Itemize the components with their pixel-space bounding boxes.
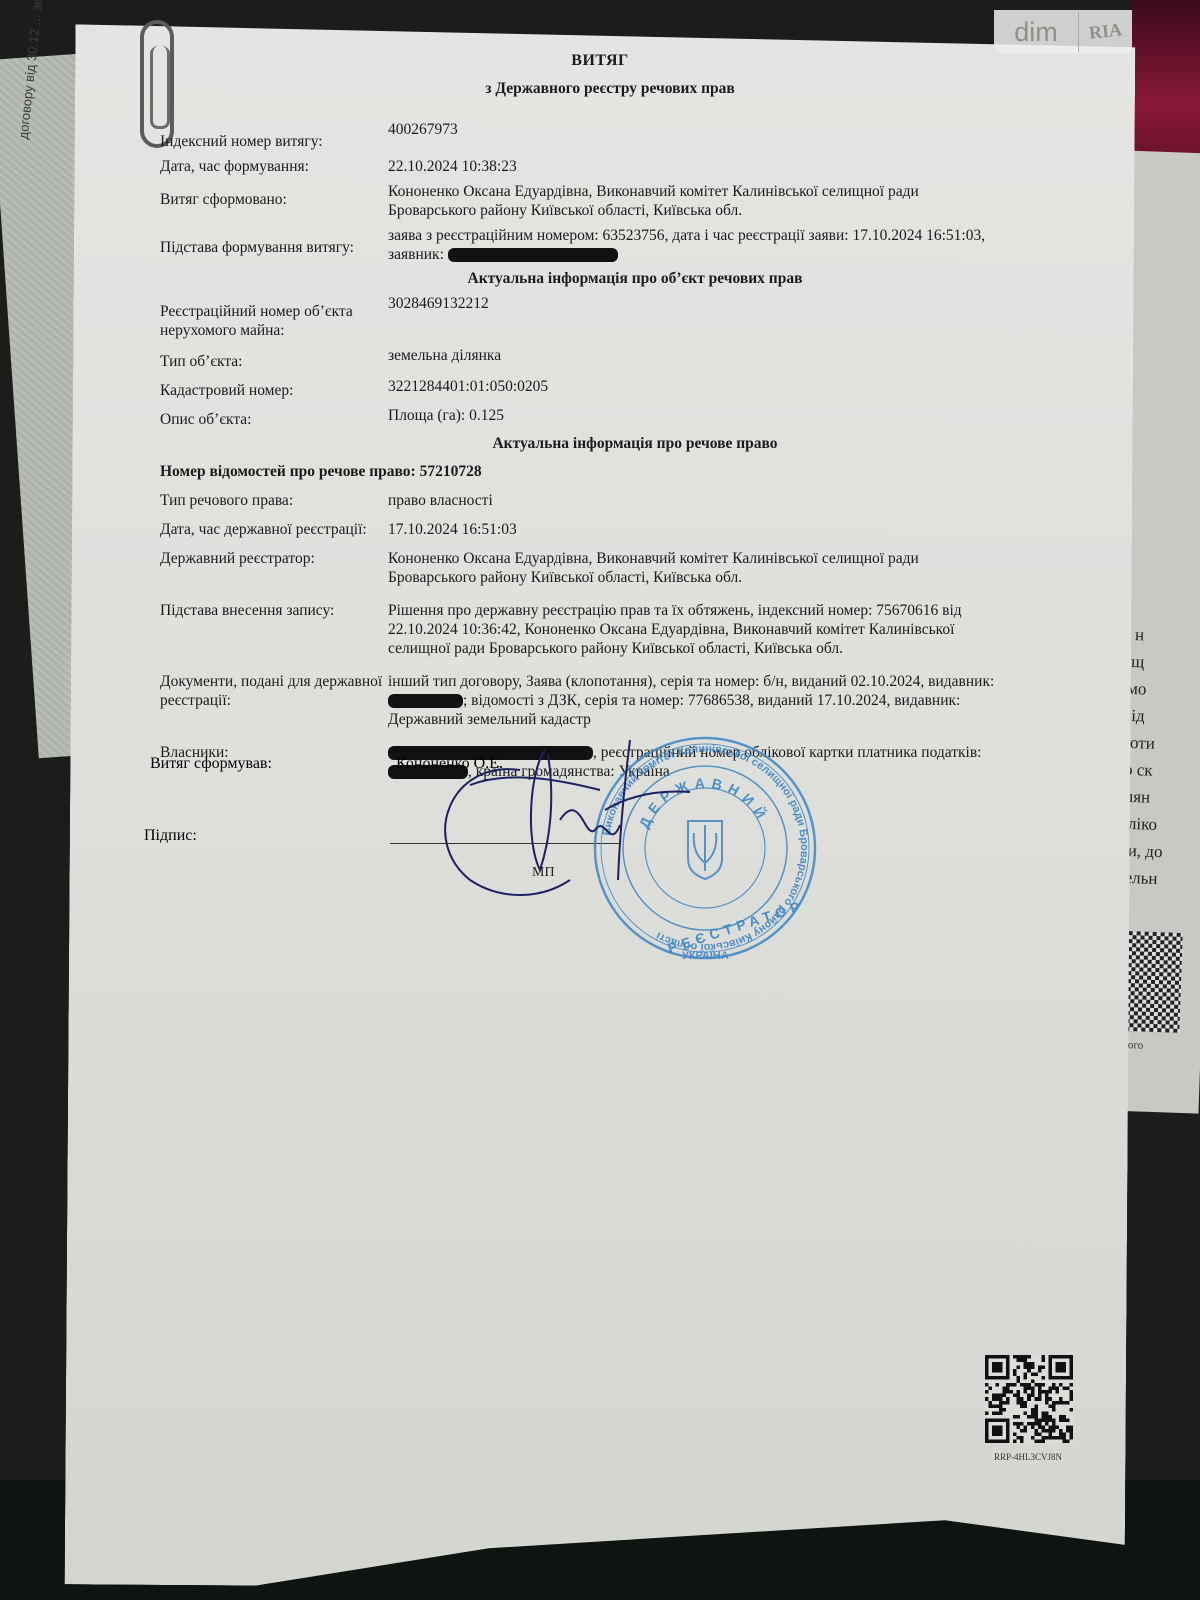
field-row: Реєстраційний номер об’єкта нерухомого м… [160,294,1000,340]
object-fields: Реєстраційний номер об’єкта нерухомого м… [160,294,1000,429]
field-value: 22.10.2024 10:38:23 [388,157,1000,176]
right-sheet-text-line: моти [1119,729,1200,759]
redacted-applicant [448,248,618,262]
header-fields: Індексний номер витягу: 400267973 Дата, … [160,120,1000,264]
right-sheet-text-line: щ [1131,648,1200,678]
documents-text-part2: ; відомості з ДЗК, серія та номер: 77686… [388,692,960,728]
watermark-dim: dim [994,12,1079,52]
field-row: Тип речового права: право власності [160,491,1000,510]
field-label: Тип речового права: [160,491,388,510]
right-sheet-text-line: від [1123,702,1200,732]
record-number-value: 57210728 [420,463,482,480]
record-number-label: Номер відомостей про речове право: [160,463,416,480]
field-label: Реєстраційний номер об’єкта нерухомого м… [160,294,388,340]
field-value: Рішення про державну реєстрацію прав та … [388,601,1000,658]
field-value: Кононенко Оксана Едуардівна, Виконавчий … [388,549,1000,587]
qr-code [985,1355,1073,1443]
field-value: право власності [388,491,1000,510]
signature-block: Витяг сформував: Кононенко О.Е. Підпис: … [160,755,860,955]
document-subtitle: з Державного реєстру речових прав [220,80,1000,98]
right-sheet-text-line: н [1135,621,1200,651]
right-section-heading: Актуальна інформація про речове право [270,435,1000,453]
field-label: Підстава внесення запису: [160,601,388,658]
field-label: Дата, час формування: [160,157,388,176]
field-row: Дата, час формування: 22.10.2024 10:38:2… [160,157,1000,176]
field-row: Підстава внесення запису: Рішення про де… [160,601,1000,658]
document-title: ВИТЯГ [200,52,1000,70]
field-label: Кадастровий номер: [160,377,388,400]
field-row: Підстава формування витягу: заява з реєс… [160,226,1000,264]
field-row: Тип об’єкта: земельна ділянка [160,346,1000,371]
signature-label: Підпис: [144,827,197,845]
certificate-text: договору від 30.12 ... земельної ділянки… [16,0,81,140]
field-label: Опис об’єкта: [160,406,388,429]
watermark-ria-logo: RIA [1078,18,1133,44]
field-row: Індексний номер витягу: 400267973 [160,120,1000,151]
redacted-issuer [388,694,463,708]
field-value: 3221284401:01:050:0205 [388,377,1000,400]
field-label: Індексний номер витягу: [160,120,388,151]
formed-by-label: Витяг сформував: [150,755,272,773]
field-value: заява з реєстраційним номером: 63523756,… [388,226,1000,264]
field-row: Документи, подані для державної реєстрац… [160,672,1000,729]
field-value: Кононенко Оксана Едуардівна, Виконавчий … [388,182,1000,220]
field-value: інший тип договору, Заява (клопотання), … [388,672,1000,729]
record-number: Номер відомостей про речове право: 57210… [160,463,1000,481]
field-row: Державний реєстратор: Кононенко Оксана Е… [160,549,1000,587]
documents-text-part1: інший тип договору, Заява (клопотання), … [388,673,994,690]
field-row: Кадастровий номер: 3221284401:01:050:020… [160,377,1000,400]
field-value: земельна ділянка [388,346,1000,371]
field-value: Площа (га): 0.125 [388,406,1000,429]
field-row: Опис об’єкта: Площа (га): 0.125 [160,406,1000,429]
field-label: Дата, час державної реєстрації: [160,520,388,539]
dimria-watermark: dim RIA [994,10,1132,53]
field-row: Витяг сформовано: Кононенко Оксана Едуар… [160,182,1000,220]
field-label: Підстава формування витягу: [160,226,388,264]
field-label: Державний реєстратор: [160,549,388,587]
verification-code: RRP-4HL3CVJ8N [978,1452,1078,1462]
field-label: Тип об’єкта: [160,346,388,371]
right-sheet-text-line: мо [1127,675,1200,705]
handwritten-signature [430,730,690,900]
field-label: Документи, подані для державної реєстрац… [160,672,388,729]
field-value: 3028469132212 [388,294,1000,340]
svg-text:УКРАЇНА: УКРАЇНА [682,949,729,962]
object-section-heading: Актуальна інформація про об’єкт речових … [270,270,1000,288]
field-label: Витяг сформовано: [160,182,388,220]
field-value: 17.10.2024 16:51:03 [388,520,1000,539]
extract-document: ВИТЯГ з Державного реєстру речових прав … [160,52,1000,787]
field-value: 400267973 [388,120,1000,151]
field-row: Дата, час державної реєстрації: 17.10.20… [160,520,1000,539]
